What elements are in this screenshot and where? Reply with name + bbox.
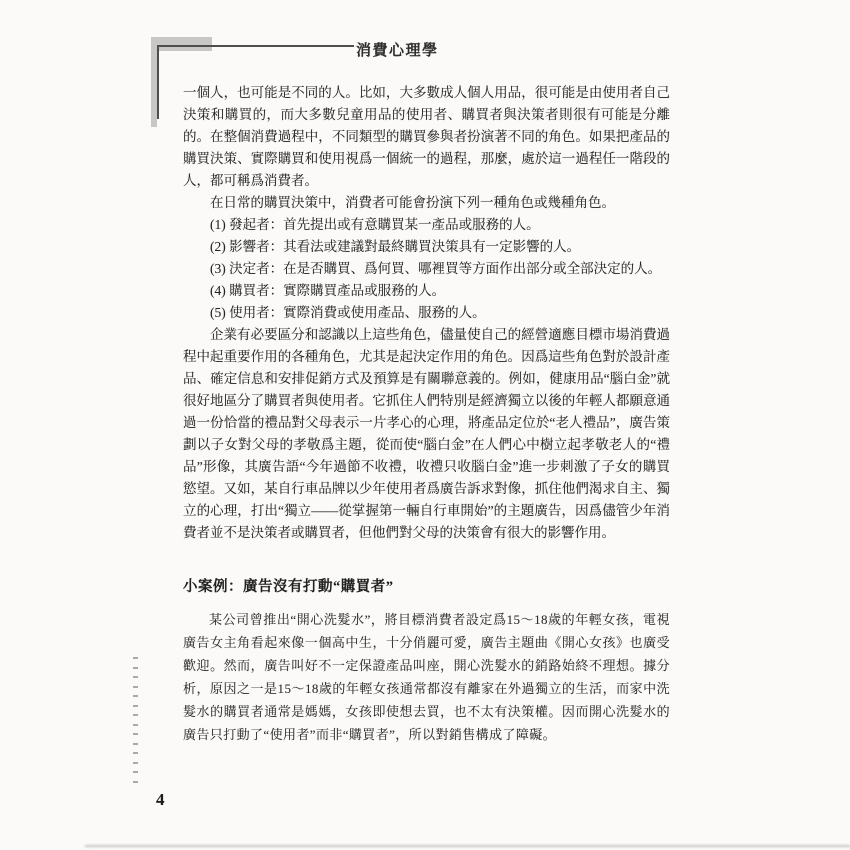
list-item-user: (5) 使用者：實際消費或使用產品、服務的人。 [183,302,670,324]
list-item-decider: (3) 決定者：在是否購買、爲何買、哪裡買等方面作出部分或全部決定的人。 [183,258,670,280]
running-head-title: 消費心理學 [356,39,439,60]
list-item-buyer: (4) 購買者：實際購買產品或服務的人。 [183,280,670,302]
roles-list: (1) 發起者：首先提出或有意購買某一產品或服務的人。 (2) 影響者：其看法或… [183,214,670,324]
paragraph-continued: 一個人，也可能是不同的人。比如，大多數成人個人用品，很可能是由使用者自己決策和購… [183,82,670,192]
list-item-initiator: (1) 發起者：首先提出或有意購買某一產品或服務的人。 [183,214,670,236]
margin-dotted-line [133,657,138,783]
page-number: 4 [156,790,165,810]
case-study-paragraph: 某公司曾推出“開心洗髮水”，將目標消費者設定爲15～18歲的年輕女孩，電視廣告女… [183,608,670,746]
book-page: 消費心理學 一個人，也可能是不同的人。比如，大多數成人個人用品，很可能是由使用者… [0,0,850,850]
page-edge-shadow [85,845,850,847]
main-text-column: 一個人，也可能是不同的人。比如，大多數成人個人用品，很可能是由使用者自己決策和購… [183,82,670,746]
case-study-heading: 小案例：廣告沒有打動“購買者” [183,576,670,598]
paragraph-roles-intro: 在日常的購買決策中，消費者可能會扮演下列一種角色或幾種角色。 [183,192,670,214]
paragraph-enterprise-roles: 企業有必要區分和認識以上這些角色，儘量使自己的經營適應目標市場消費過程中起重要作… [183,324,670,544]
list-item-influencer: (2) 影響者：其看法或建議對最終購買決策具有一定影響的人。 [183,236,670,258]
